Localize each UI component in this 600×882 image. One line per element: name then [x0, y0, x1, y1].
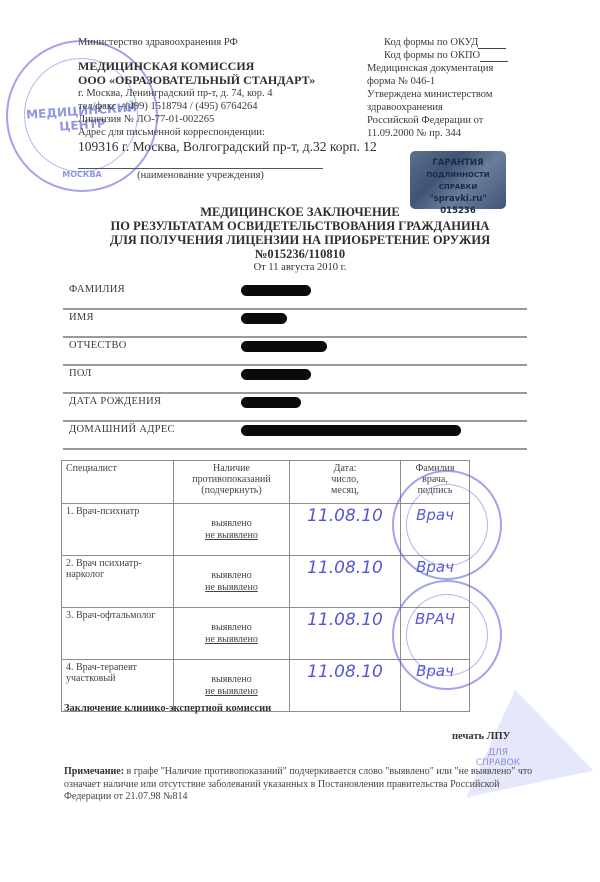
field-label: ИМЯ [69, 312, 94, 323]
field-label: ДОМАШНИЙ АДРЕС [69, 424, 175, 435]
commission-name: МЕДИЦИНСКАЯ КОМИССИЯ [78, 59, 378, 73]
doctor-round-seal [392, 580, 502, 690]
redacted-value [241, 313, 287, 324]
hologram-line: ГАРАНТИЯ [410, 157, 506, 169]
header-contraindications: Наличиепротивопоказаний(подчеркнуть) [174, 461, 290, 504]
redacted-value [241, 425, 461, 436]
field-label: ПОЛ [69, 368, 92, 379]
field-label: ОТЧЕСТВО [69, 340, 127, 351]
redacted-value [241, 341, 327, 352]
commission-conclusion-label: Заключение клинико-экспертной комиссии [64, 703, 271, 714]
redacted-value [241, 285, 311, 296]
ministry-name: Министерство здравоохранения РФ [78, 36, 378, 49]
cell-date-handwritten: 11.08.10 [290, 504, 401, 556]
redacted-value [241, 397, 301, 408]
field-name: ИМЯ [63, 310, 527, 338]
okud-label: Код формы по ОКУД [384, 37, 478, 48]
cell-specialist: 1. Врач-психиатр [62, 504, 174, 556]
footnote-label: Примечание: [64, 766, 124, 777]
organization-name: ООО «ОБРАЗОВАТЕЛЬНЫЙ СТАНДАРТ» [78, 73, 378, 87]
cell-specialist: 2. Врач психиатр-нарколог [62, 556, 174, 608]
document-number: №015236/110810 [0, 247, 600, 261]
cell-specialist: 3. Врач-офтальмолог [62, 608, 174, 660]
field-birth-date: ДАТА РОЖДЕНИЯ [63, 394, 527, 422]
cell-contraindications: выявленоне выявлено [174, 556, 290, 608]
mail-address: 109316 г. Москва, Волгоградский пр-т, д.… [78, 139, 378, 154]
title-line: МЕДИЦИНСКОЕ ЗАКЛЮЧЕНИЕ [0, 205, 600, 219]
seal-label: печать ЛПУ [452, 731, 510, 742]
form-info-line: здравоохранения [367, 101, 527, 114]
authenticity-hologram: ГАРАНТИЯ ПОДЛИННОСТИ СПРАВКИ "spravki.ru… [410, 151, 506, 209]
okpo-code: Код формы по ОКПО [367, 49, 527, 62]
organization-license: Лицензия № ЛО-77-01-002265 [78, 113, 378, 126]
cell-contraindications: выявленоне выявлено [174, 608, 290, 660]
okud-blank [478, 38, 506, 49]
issuer-header: Министерство здравоохранения РФ МЕДИЦИНС… [78, 36, 378, 182]
hologram-line: "spravki.ru" [410, 193, 506, 205]
header-specialist: Специалист [62, 461, 174, 504]
field-surname: ФАМИЛИЯ [63, 282, 527, 310]
cell-contraindications: выявленоне выявлено [174, 504, 290, 556]
personal-data-fields: ФАМИЛИЯ ИМЯ ОТЧЕСТВО ПОЛ ДАТА РОЖДЕНИЯ Д… [63, 282, 527, 450]
redacted-value [241, 369, 311, 380]
cell-date-handwritten: 11.08.10 [290, 556, 401, 608]
title-line: ДЛЯ ПОЛУЧЕНИЯ ЛИЦЕНЗИИ НА ПРИОБРЕТЕНИЕ О… [0, 233, 600, 247]
field-sex: ПОЛ [63, 366, 527, 394]
document-date: От 11 августа 2010 г. [0, 261, 600, 275]
field-home-address: ДОМАШНИЙ АДРЕС [63, 422, 527, 450]
doctor-round-seal [392, 470, 502, 580]
okud-code: Код формы по ОКУД [367, 36, 527, 49]
mail-label: Адрес для письменной корреспонденции: [78, 126, 378, 139]
form-info-line: Российской Федерации от [367, 114, 527, 127]
footnote: Примечание: в графе "Наличие противопока… [64, 766, 534, 804]
organization-phone: тел/факс - (499) 1518794 / (495) 6764264 [78, 100, 378, 113]
organization-address: г. Москва, Ленинградский пр-т, д. 74, ко… [78, 87, 378, 100]
field-label: ДАТА РОЖДЕНИЯ [69, 396, 161, 407]
okpo-label: Код формы по ОКПО [384, 50, 480, 61]
cell-date-handwritten: 11.08.10 [290, 608, 401, 660]
form-info-line: форма № 046-1 [367, 75, 527, 88]
institution-caption: (наименование учреждения) [78, 169, 323, 182]
triangle-stamp-text: ДЛЯ СПРАВОК [468, 748, 528, 768]
form-info-header: Код формы по ОКУД Код формы по ОКПО Меди… [367, 36, 527, 140]
field-label: ФАМИЛИЯ [69, 284, 125, 295]
header-date: Дата:число,месяц, [290, 461, 401, 504]
form-info-line: 11.09.2000 № пр. 344 [367, 127, 527, 140]
title-line: ПО РЕЗУЛЬТАТАМ ОСВИДЕТЕЛЬСТВОВАНИЯ ГРАЖД… [0, 219, 600, 233]
footnote-text: в графе "Наличие противопоказаний" подче… [64, 766, 532, 802]
okpo-blank [480, 51, 508, 62]
document-title: МЕДИЦИНСКОЕ ЗАКЛЮЧЕНИЕ ПО РЕЗУЛЬТАТАМ ОС… [0, 205, 600, 275]
field-patronymic: ОТЧЕСТВО [63, 338, 527, 366]
cell-date-handwritten: 11.08.10 [290, 660, 401, 712]
form-info-line: Утверждена министерством [367, 88, 527, 101]
hologram-line: ПОДЛИННОСТИ СПРАВКИ [410, 169, 506, 193]
form-info-line: Медицинская документация [367, 62, 527, 75]
